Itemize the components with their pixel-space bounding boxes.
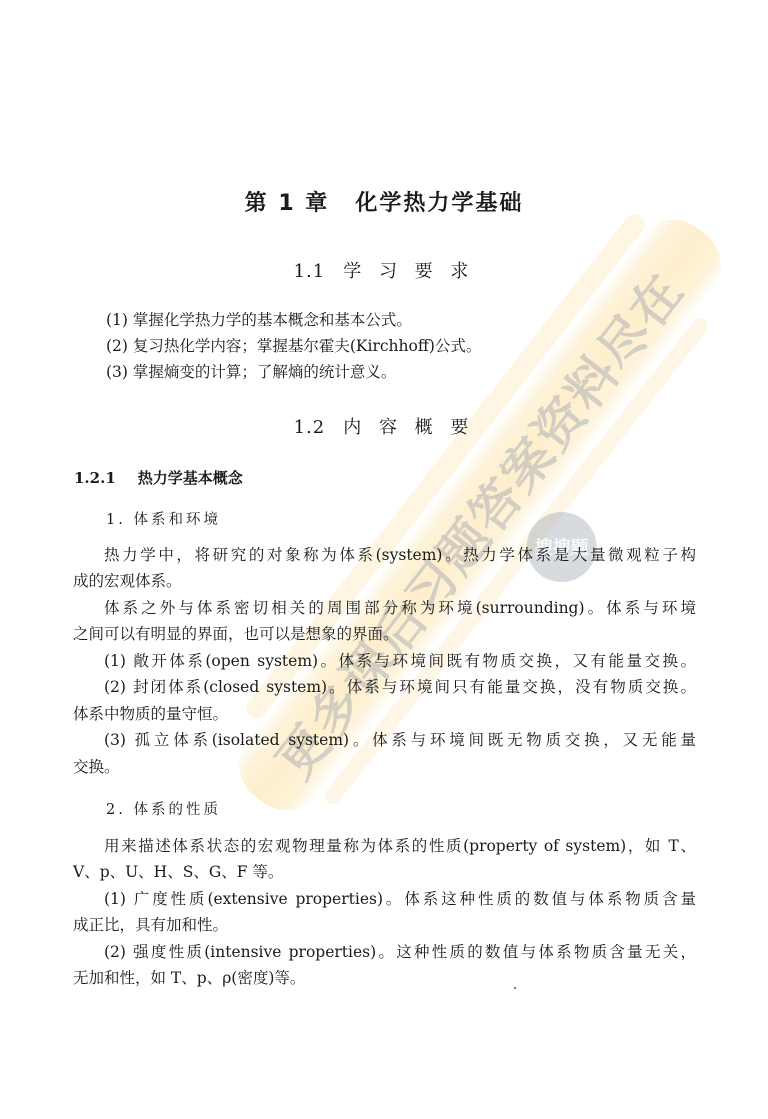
paragraph-line: 成的宏观体系。 [73, 571, 182, 591]
chapter-number: 第 1 章 [245, 191, 330, 216]
paragraph-line: 体系中物质的量守恒。 [73, 704, 228, 724]
paragraph-line: (1) 敞开体系(open system)。体系与环境间既有物质交换，又有能量交… [104, 651, 696, 671]
section-title-1-1: 1.1学 习 要 求 [0, 257, 768, 283]
subsection-number: 1.2.1 [74, 469, 116, 487]
subsection-name: 热力学基本概念 [138, 469, 243, 487]
paragraph-line: 之间可以有明显的界面，也可以是想象的界面。 [73, 624, 399, 644]
section-name: 学 习 要 求 [343, 261, 474, 282]
paragraph-line: 成正比，具有加和性。 [73, 915, 228, 935]
document-page: 更多课后习题答案资料尽在 搜搜题 第 1 章化学热力学基础 1.1学 习 要 求… [0, 0, 768, 1119]
paragraph-line: 无加和性，如 T、p、ρ(密度)等。 [73, 968, 305, 988]
paragraph-line: 体系之外与体系密切相关的周围部分称为环境(surrounding)。体系与环境 [104, 598, 696, 618]
paragraph-line: 用来描述体系状态的宏观物理量称为体系的性质(property of system… [104, 836, 696, 856]
paragraph-line: (2) 封闭体系(closed system)。体系与环境间只有能量交换，没有物… [104, 677, 696, 697]
section-name: 内 容 概 要 [343, 417, 474, 438]
item-heading: 2. 体系的性质 [106, 798, 221, 819]
paragraph-line: 热力学中，将研究的对象称为体系(system)。热力学体系是大量微观粒子构 [104, 545, 696, 565]
paragraph-line: (2) 强度性质(intensive properties)。这种性质的数值与体… [104, 942, 696, 962]
paragraph-line: (1) 广度性质(extensive properties)。体系这种性质的数值… [104, 889, 696, 909]
scan-speck [514, 987, 516, 989]
section-title-1-2: 1.2内 容 概 要 [0, 413, 768, 439]
paragraph-line: 交换。 [73, 757, 120, 777]
subsection-title: 1.2.1热力学基本概念 [74, 467, 243, 488]
section-number: 1.1 [294, 261, 326, 282]
requirement-item: (1) 掌握化学热力学的基本概念和基本公式。 [106, 310, 412, 330]
section-number: 1.2 [294, 417, 326, 438]
requirement-item: (2) 复习热化学内容；掌握基尔霍夫(Kirchhoff)公式。 [106, 336, 481, 356]
requirement-item: (3) 掌握熵变的计算；了解熵的统计意义。 [106, 362, 396, 382]
watermark-band-top [243, 211, 649, 723]
item-heading: 1. 体系和环境 [106, 508, 221, 529]
chapter-title: 第 1 章化学热力学基础 [0, 186, 768, 217]
chapter-name: 化学热力学基础 [355, 191, 523, 216]
paragraph-line: (3) 孤立体系(isolated system)。体系与环境间既无物质交换，又… [104, 730, 696, 750]
paragraph-line: V、p、U、H、S、G、F 等。 [73, 862, 283, 882]
